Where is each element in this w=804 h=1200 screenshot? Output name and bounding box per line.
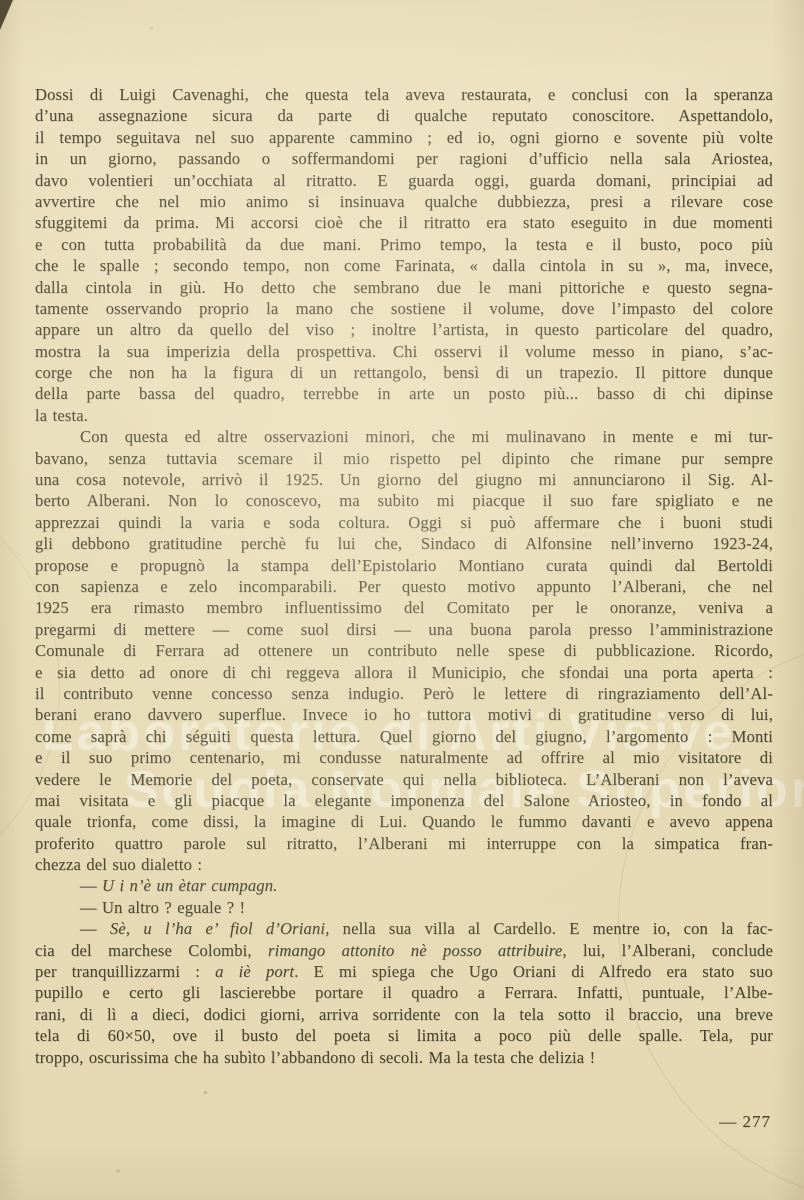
text-line: una cosa notevole, arrivò il 1925. Un gi…: [35, 469, 773, 490]
paper-speck: [204, 1091, 207, 1094]
text-line: il tempo seguitava nel suo apparente cam…: [35, 127, 773, 148]
text-segment: appare un altro da quello del viso ; ino…: [35, 320, 773, 339]
dialect-italic-segment: Sè, u l’ha e’ fiol d’Oriani,: [110, 919, 330, 938]
text-line: tamente osservando proprio la mano che s…: [35, 298, 773, 319]
text-segment: mostra la sua imperizia della prospettiv…: [35, 342, 773, 361]
page-number: — 277: [719, 1112, 771, 1132]
text-line: — U i n’è un ètar cumpagn.: [35, 875, 773, 896]
text-segment: avvertire che nel mio animo si insinuava…: [35, 192, 773, 211]
text-segment: 1925 era rimasto membro influentissimo d…: [35, 598, 773, 617]
text-segment: il contributo venne concesso senza indug…: [35, 684, 773, 703]
text-segment: nella sua villa al Cardello. E mentre io…: [330, 919, 774, 938]
text-line: gli debbono gratitudine perchè fu lui ch…: [35, 533, 773, 554]
text-segment: proferito quattro parole sul ritratto, l…: [35, 834, 773, 853]
text-segment: gli debbono gratitudine perchè fu lui ch…: [35, 534, 773, 553]
text-segment: Dossi di Luigi Cavenaghi, che questa tel…: [35, 85, 773, 104]
text-segment: quale trionfa, come dissi, la imagine di…: [35, 812, 773, 831]
text-line: Comunale di Ferrara ad ottenere un contr…: [35, 640, 773, 661]
text-segment: pregarmi di mettere — come suol dirsi — …: [35, 620, 773, 639]
dialect-italic-segment: a iè port: [215, 962, 294, 981]
text-segment: per tranquillizzarmi :: [35, 962, 215, 981]
text-line: cia del marchese Colombi, rimango attoni…: [35, 940, 773, 961]
text-segment: e il suo primo centenario, mi condusse n…: [35, 748, 773, 767]
text-segment: troppo, oscurissima che ha subìto l’abba…: [35, 1048, 595, 1067]
text-line: della parte bassa del quadro, terrebbe i…: [35, 383, 773, 404]
text-segment: che le spalle ; secondo tempo, non come …: [35, 256, 773, 275]
paper-speck: [116, 1169, 120, 1173]
text-line: per tranquillizzarmi : a iè port. E mi s…: [35, 961, 773, 982]
text-line: — Un altro ? eguale ? !: [35, 897, 773, 918]
text-line: la testa.: [35, 405, 773, 426]
text-segment: , lui, l’Alberani, conclude: [562, 941, 773, 960]
text-segment: e con tutta probabilità da due mani. Pri…: [35, 235, 773, 254]
text-segment: pupillo e certo gli lascierebbe portare …: [35, 983, 773, 1002]
text-segment: berani erano davvero superflue. Invece i…: [35, 705, 773, 724]
text-segment: d’una assegnazione sicura da parte di qu…: [35, 106, 773, 125]
text-segment: propose e propugnò la stampa dell’Episto…: [35, 556, 773, 575]
text-line: con sapienza e zelo incomparabili. Per q…: [35, 576, 773, 597]
text-line: come saprà chi séguiti questa lettura. Q…: [35, 726, 773, 747]
text-segment: — Un altro ? eguale ? !: [80, 898, 245, 917]
text-segment: rani, di lì a dieci, dodici giorni, arri…: [35, 1005, 773, 1024]
text-segment: sfuggitemi da prima. Mi accorsi cioè che…: [35, 213, 773, 232]
text-line: berto Alberani. Non lo conoscevo, ma sub…: [35, 490, 773, 511]
text-segment: mai visitata e gli piacque la elegante i…: [35, 791, 773, 810]
text-line: Con questa ed altre osservazioni minori,…: [35, 426, 773, 447]
paper-speck: [150, 27, 153, 30]
text-line: sfuggitemi da prima. Mi accorsi cioè che…: [35, 212, 773, 233]
text-segment: il tempo seguitava nel suo apparente cam…: [35, 128, 773, 147]
text-line: bavano, senza tuttavia scemare il mio ri…: [35, 448, 773, 469]
text-line: pregarmi di mettere — come suol dirsi — …: [35, 619, 773, 640]
text-line: corge che non ha la figura di un rettang…: [35, 362, 773, 383]
text-line: quale trionfa, come dissi, la imagine di…: [35, 811, 773, 832]
text-segment: una cosa notevole, arrivò il 1925. Un gi…: [35, 470, 773, 489]
page-text: Dossi di Luigi Cavenaghi, che questa tel…: [35, 84, 773, 1068]
text-line: troppo, oscurissima che ha subìto l’abba…: [35, 1047, 773, 1068]
text-segment: cia del marchese Colombi,: [35, 941, 268, 960]
text-line: mostra la sua imperizia della prospettiv…: [35, 341, 773, 362]
text-segment: la testa.: [35, 406, 88, 425]
text-segment: vedere le Memorie del poeta, conservate …: [35, 770, 773, 789]
scan-edge-corner-mark: [0, 0, 13, 30]
text-line: berani erano davvero superflue. Invece i…: [35, 704, 773, 725]
text-line: propose e propugnò la stampa dell’Episto…: [35, 555, 773, 576]
text-segment: bavano, senza tuttavia scemare il mio ri…: [35, 449, 773, 468]
text-line: pupillo e certo gli lascierebbe portare …: [35, 982, 773, 1003]
text-line: il contributo venne concesso senza indug…: [35, 683, 773, 704]
text-line: avvertire che nel mio animo si insinuava…: [35, 191, 773, 212]
text-line: che le spalle ; secondo tempo, non come …: [35, 255, 773, 276]
text-line: apprezzai quindi la varia e soda coltura…: [35, 512, 773, 533]
text-line: appare un altro da quello del viso ; ino…: [35, 319, 773, 340]
text-segment: dalla cintola in giù. Ho detto che sembr…: [35, 278, 773, 297]
text-line: chezza del suo dialetto :: [35, 854, 773, 875]
text-line: Dossi di Luigi Cavenaghi, che questa tel…: [35, 84, 773, 105]
text-line: vedere le Memorie del poeta, conservate …: [35, 769, 773, 790]
text-segment: tamente osservando proprio la mano che s…: [35, 299, 773, 318]
text-segment: . E mi spiega che Ugo Oriani di Alfredo …: [294, 962, 773, 981]
text-segment: corge che non ha la figura di un rettang…: [35, 363, 773, 382]
text-segment: Con questa ed altre osservazioni minori,…: [80, 427, 773, 446]
text-segment: davo volentieri un’occhiata al ritratto.…: [35, 171, 773, 190]
text-segment: Comunale di Ferrara ad ottenere un contr…: [35, 641, 773, 660]
text-segment: apprezzai quindi la varia e soda coltura…: [35, 513, 773, 532]
text-segment: chezza del suo dialetto :: [35, 855, 202, 874]
text-segment: della parte bassa del quadro, terrebbe i…: [35, 384, 773, 403]
text-segment: tela di 60×50, ove il busto del poeta si…: [35, 1026, 773, 1045]
text-line: e con tutta probabilità da due mani. Pri…: [35, 234, 773, 255]
text-segment: e sia detto ad onore di chi reggeva allo…: [35, 663, 773, 682]
scanned-book-page: Laboratorio di Arti Visive Scuola Normal…: [0, 0, 804, 1200]
text-line: tela di 60×50, ove il busto del poeta si…: [35, 1025, 773, 1046]
text-segment: in un giorno, passando o soffermandomi p…: [35, 149, 773, 168]
text-line: in un giorno, passando o soffermandomi p…: [35, 148, 773, 169]
text-line: davo volentieri un’occhiata al ritratto.…: [35, 170, 773, 191]
dialect-italic-segment: rimango attonito nè posso attribuire: [268, 941, 562, 960]
text-line: 1925 era rimasto membro influentissimo d…: [35, 597, 773, 618]
text-line: rani, di lì a dieci, dodici giorni, arri…: [35, 1004, 773, 1025]
text-segment: con sapienza e zelo incomparabili. Per q…: [35, 577, 773, 596]
text-segment: —: [80, 919, 110, 938]
dialect-italic-segment: U i n’è un ètar cumpagn.: [102, 876, 277, 895]
text-segment: come saprà chi séguiti questa lettura. Q…: [35, 727, 773, 746]
text-line: dalla cintola in giù. Ho detto che sembr…: [35, 277, 773, 298]
text-line: mai visitata e gli piacque la elegante i…: [35, 790, 773, 811]
text-segment: —: [80, 876, 102, 895]
text-line: proferito quattro parole sul ritratto, l…: [35, 833, 773, 854]
text-line: e sia detto ad onore di chi reggeva allo…: [35, 662, 773, 683]
text-line: d’una assegnazione sicura da parte di qu…: [35, 105, 773, 126]
text-segment: berto Alberani. Non lo conoscevo, ma sub…: [35, 491, 773, 510]
text-line: e il suo primo centenario, mi condusse n…: [35, 747, 773, 768]
text-line: — Sè, u l’ha e’ fiol d’Oriani, nella sua…: [35, 918, 773, 939]
